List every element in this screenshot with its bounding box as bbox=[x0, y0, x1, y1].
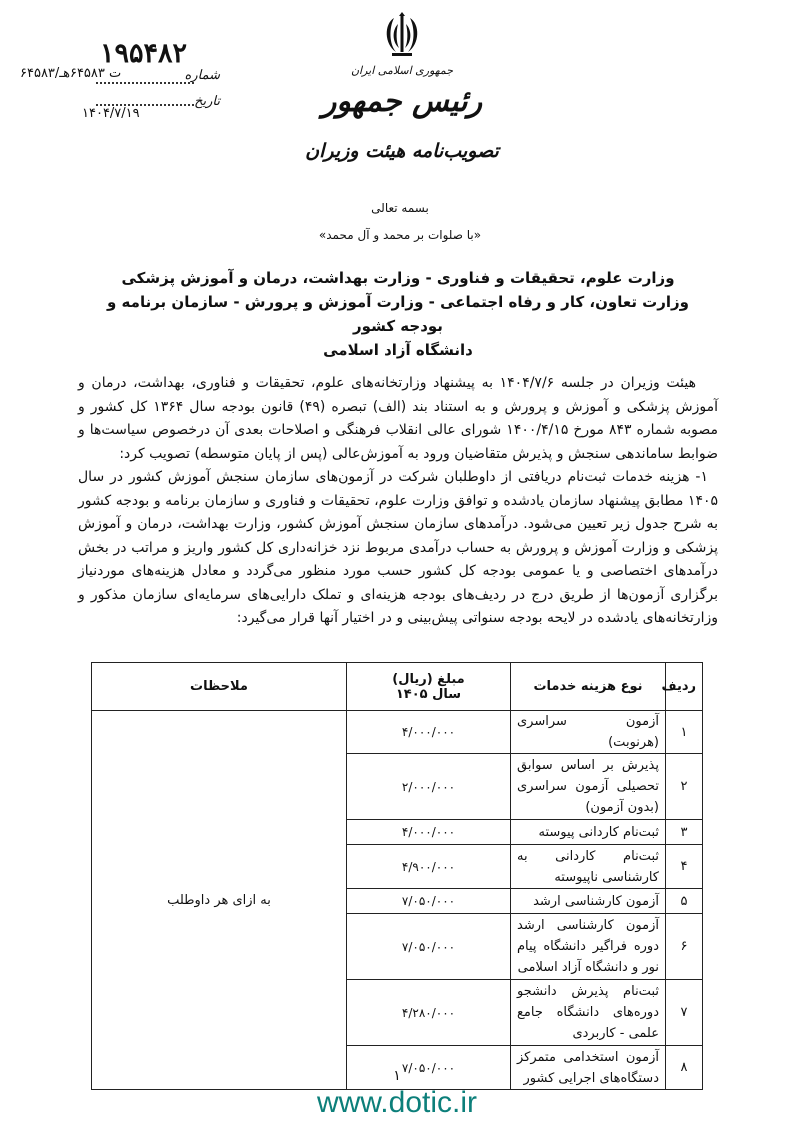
header-amount-line1: مبلغ (ریال) bbox=[353, 672, 504, 687]
row-amount: ۴/۹۰۰/۰۰۰ bbox=[347, 845, 511, 889]
decree-body: هیئت وزیران در جلسه ۱۴۰۴/۷/۶ به پیشنهاد … bbox=[78, 372, 718, 631]
country-name: جمهوری اسلامی ایران bbox=[330, 64, 474, 77]
number-value: ۶۴۵۸۳/ت ۶۴۵۸۳هـ bbox=[20, 66, 121, 81]
row-no: ۲ bbox=[666, 754, 703, 820]
header-service-type: نوع هزینه خدمات bbox=[511, 663, 666, 711]
iran-emblem-icon bbox=[380, 12, 424, 58]
decree-paragraph-article-1: ۱- هزینه خدمات ثبت‌نام دریافتی از داوطلب… bbox=[78, 466, 718, 631]
row-amount: ۷/۰۵۰/۰۰۰ bbox=[347, 914, 511, 980]
document-type-title: تصویب‌نامه هیئت وزیران bbox=[290, 140, 514, 162]
number-field: شماره ۶۴۵۸۳/ت ۶۴۵۸۳هـ bbox=[20, 68, 220, 90]
page-number: ۱ bbox=[380, 1068, 414, 1084]
row-service: ثبت‌نام کاردانی پیوسته bbox=[511, 820, 666, 845]
date-dotted-line bbox=[96, 90, 194, 106]
addressees-block: وزارت علوم، تحقیقات و فناوری - وزارت بهد… bbox=[90, 266, 706, 362]
row-no: ۴ bbox=[666, 845, 703, 889]
salawat: «با صلوات بر محمد و آل محمد» bbox=[250, 228, 550, 242]
addressee-line: دانشگاه آزاد اسلامی bbox=[90, 338, 706, 362]
row-no: ۳ bbox=[666, 820, 703, 845]
row-service: ثبت‌نام کاردانی به کارشناسی ناپیوسته bbox=[511, 845, 666, 889]
date-field: تاریخ ۱۴۰۴/۷/۱۹ bbox=[20, 94, 220, 116]
website-link[interactable]: www.dotic.ir bbox=[250, 1086, 544, 1120]
row-amount: ۴/۰۰۰/۰۰۰ bbox=[347, 711, 511, 754]
row-no: ۸ bbox=[666, 1046, 703, 1090]
table-row: ۱ آزمون سراسری (هرنوبت) ۴/۰۰۰/۰۰۰ به ازا… bbox=[92, 711, 703, 754]
row-no: ۱ bbox=[666, 711, 703, 754]
row-service: ثبت‌نام پذیرش دانشجو دوره‌های دانشگاه جا… bbox=[511, 980, 666, 1046]
row-service: آزمون کارشناسی ارشد دوره فراگیر دانشگاه … bbox=[511, 914, 666, 980]
basmala: بسمه تعالی bbox=[250, 201, 550, 215]
header-row-no: ردیف bbox=[666, 663, 703, 711]
addressee-line: وزارت تعاون، کار و رفاه اجتماعی - وزارت … bbox=[90, 290, 706, 338]
header-amount-line2: سال ۱۴۰۵ bbox=[353, 687, 504, 702]
header-notes: ملاحظات bbox=[92, 663, 347, 711]
letter-number-handwritten: ۱۹۵۴۸۲ bbox=[100, 38, 187, 69]
decree-paragraph-preamble: هیئت وزیران در جلسه ۱۴۰۴/۷/۶ به پیشنهاد … bbox=[78, 372, 718, 466]
row-service: آزمون سراسری (هرنوبت) bbox=[511, 711, 666, 754]
row-no: ۷ bbox=[666, 980, 703, 1046]
fee-table: ردیف نوع هزینه خدمات مبلغ (ریال) سال ۱۴۰… bbox=[91, 662, 703, 1090]
addressee-line: وزارت علوم، تحقیقات و فناوری - وزارت بهد… bbox=[90, 266, 706, 290]
row-amount: ۷/۰۵۰/۰۰۰ bbox=[347, 889, 511, 914]
row-amount: ۲/۰۰۰/۰۰۰ bbox=[347, 754, 511, 820]
row-service: آزمون کارشناسی ارشد bbox=[511, 889, 666, 914]
date-value: ۱۴۰۴/۷/۱۹ bbox=[82, 106, 140, 121]
row-amount: ۷/۰۵۰/۰۰۰ bbox=[347, 1046, 511, 1090]
row-service: آزمون استخدامی متمرکز دستگاه‌های اجرایی … bbox=[511, 1046, 666, 1090]
row-amount: ۴/۲۸۰/۰۰۰ bbox=[347, 980, 511, 1046]
row-service: پذیرش بر اساس سوابق تحصیلی آزمون سراسری … bbox=[511, 754, 666, 820]
table-header-row: ردیف نوع هزینه خدمات مبلغ (ریال) سال ۱۴۰… bbox=[92, 663, 703, 711]
office-title: رئیس جمهور bbox=[300, 84, 504, 119]
header-amount: مبلغ (ریال) سال ۱۴۰۵ bbox=[347, 663, 511, 711]
fee-table-container: ردیف نوع هزینه خدمات مبلغ (ریال) سال ۱۴۰… bbox=[91, 662, 702, 1090]
row-amount: ۴/۰۰۰/۰۰۰ bbox=[347, 820, 511, 845]
row-no: ۶ bbox=[666, 914, 703, 980]
merged-note-cell: به ازای هر داوطلب bbox=[92, 711, 347, 1090]
date-label: تاریخ bbox=[194, 94, 220, 109]
row-no: ۵ bbox=[666, 889, 703, 914]
